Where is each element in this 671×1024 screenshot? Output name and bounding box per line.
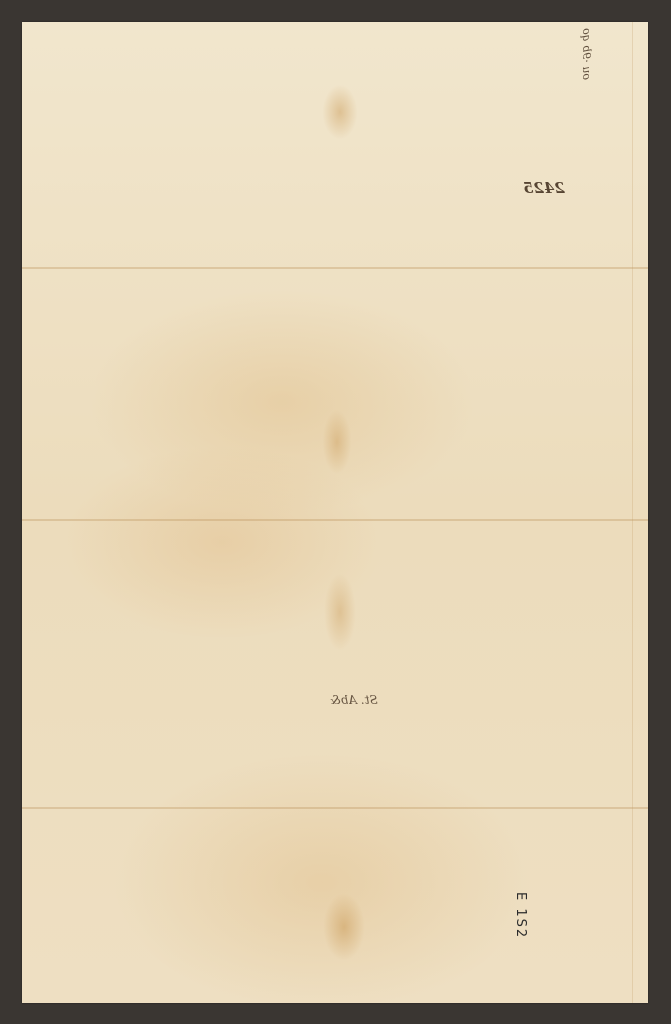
fold-line [22,807,648,809]
handwritten-number: 2425 [523,179,565,197]
fold-line [22,267,648,269]
fold-line [22,519,648,521]
document-page [22,22,648,1003]
fold-line [632,22,633,1003]
handwritten-note-vertical: ou ·9b qo [580,28,593,80]
archive-stamp: E 1S2 [513,892,528,939]
handwritten-signature: St. Ab& [330,693,378,707]
